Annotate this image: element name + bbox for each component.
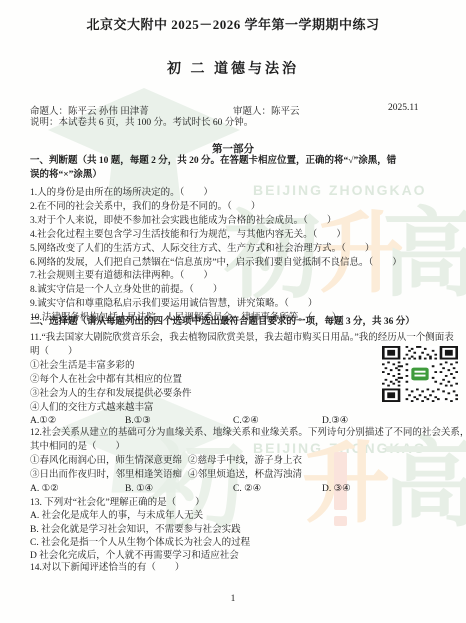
section1-heading: 一、判断题（共 10 题，每题 2 分，共 20 分。在答题卡相应位置，正确的将… [30,155,454,183]
q11-stem-line1: 11.“我去国家大剧院欣赏音乐会，我去植物园欣赏美景，我去超市购买日用品。”我的… [30,332,454,346]
exam-note: 说明：本试卷共 6 页，共 100 分。考试时长 60 分钟。 [30,117,253,131]
exam-content: 北京交大附中 2025－2026 学年第一学期期中练习 初 二 道德与法治 命题… [0,0,466,623]
judgment-item-1: 1.人的身份是由所在的场所决定的。（ ） [30,187,402,201]
question-12: 12.社会关系从建立的基础可分为血缘关系、地缘关系和业缘关系。下列诗句分别描述了… [30,427,466,496]
q12-pair-row-2: ③日出而作夜归时，邻里相逢笑语痴 ④邻里烦追送，杯盘泻浊清 [30,469,466,483]
judgment-item-2: 2.在不同的社会关系中，我们的身份是不同的。（ ） [30,201,402,215]
q13-option-c: C. 社会化是指一个人从生物个体成长为社会人的过程 [30,537,250,550]
proposer-label: 命题人：陈平云 孙伟 田津菁 [30,103,149,117]
page-number: 1 [0,594,466,604]
judgment-item-8: 8.诚实守信是一个人立身处世的前提。（ ） [30,284,402,298]
q12-pair-1: ①春风化雨润心田，师生情深意更绵 [30,456,182,466]
q11-choice-4: ④人们的交往方式越来越丰富 [30,402,454,416]
qr-code-icon [382,346,458,402]
q12-option-a: A. ①② [30,483,59,497]
exam-title: 初 二 道德与法治 [0,58,466,78]
q13-option-b: B. 社会化就是学习社会知识，不需要参与社会实践 [30,524,250,537]
section1-heading-line2: 误的将“×”涂黑） [30,169,454,183]
reviewer-label: 审题人：陈平云 [233,103,300,117]
judgment-item-3: 3.对于个人来说，即使不参加社会实践也能成为合格的社会成员。（ ） [30,215,402,229]
judgment-item-9: 9.诚实守信和尊重隐私启示我们要运用诚信智慧，讲究策略。（ ） [30,298,402,312]
q12-option-c: C. ②④ [233,483,261,497]
part1-heading: 第一部分 [0,141,466,156]
q12-options-row: A. ①② B. ①④ C. ②④ D. ③④ [30,483,466,497]
q12-option-b: B. ①④ [125,483,153,497]
q12-pair-4: ④邻里烦追送，杯盘泻浊清 [188,469,302,483]
section2-heading: 二、选择题（请从每题列出的四个选项中选出最符合题目要求的一项，每题 3 分，共 … [30,316,415,330]
q12-option-d: D. ③④ [322,483,351,497]
q12-stem-line1: 12.社会关系从建立的基础可分为血缘关系、地缘关系和业缘关系。下列诗句分别描述了… [30,427,466,441]
judgment-item-4: 4.社会化过程主要包含学习生活技能和行为规范，与其他内容无关。（ ） [30,229,402,243]
q13-stem: 13. 下列对“社会化”理解正确的是（ ） [30,497,250,510]
qr-code [382,346,458,402]
q12-pair-3: ③日出而作夜归时，邻里相逢笑语痴 [30,470,182,480]
exam-date: 2025.11 [388,103,419,113]
q12-stem-line2: 其中相同的是（ ） [30,441,466,455]
section1-heading-line1: 一、判断题（共 10 题，每题 2 分，共 20 分。在答题卡相应位置，正确的将… [30,155,454,169]
q13-option-a: A. 社会化是成年人的事，与未成年人无关 [30,510,250,523]
exam-paper-page: BEIJING ZHONGKAO 初 升 高 BEIJING ZHONGKAO … [0,0,466,623]
q12-pair-2: ②慈母手中线，游子身上衣 [188,455,302,469]
judgment-item-6: 6.网络的发展，人们把自己禁锢在“信息茧房”中，启示我们要自觉抵制不良信息。（ … [30,257,402,271]
judgment-items: 1.人的身份是由所在的场所决定的。（ ） 2.在不同的社会关系中，我们的身份是不… [30,187,402,326]
q12-pair-row-1: ①春风化雨润心田，师生情深意更绵 ②慈母手中线，游子身上衣 [30,455,466,469]
judgment-item-7: 7.社会规则主要有道德和法律两种。（ ） [30,270,402,284]
qr-center-logo [411,368,428,381]
question-14-stem: 14.对以下新闻评述恰当的有（ ） [30,562,184,576]
judgment-item-5: 5.网络改变了人们的生活方式、人际交往方式、生产方式和社会治理方式。（ ） [30,243,402,257]
question-13: 13. 下列对“社会化”理解正确的是（ ） A. 社会化是成年人的事，与未成年人… [30,497,250,563]
school-title: 北京交大附中 2025－2026 学年第一学期期中练习 [0,14,466,33]
